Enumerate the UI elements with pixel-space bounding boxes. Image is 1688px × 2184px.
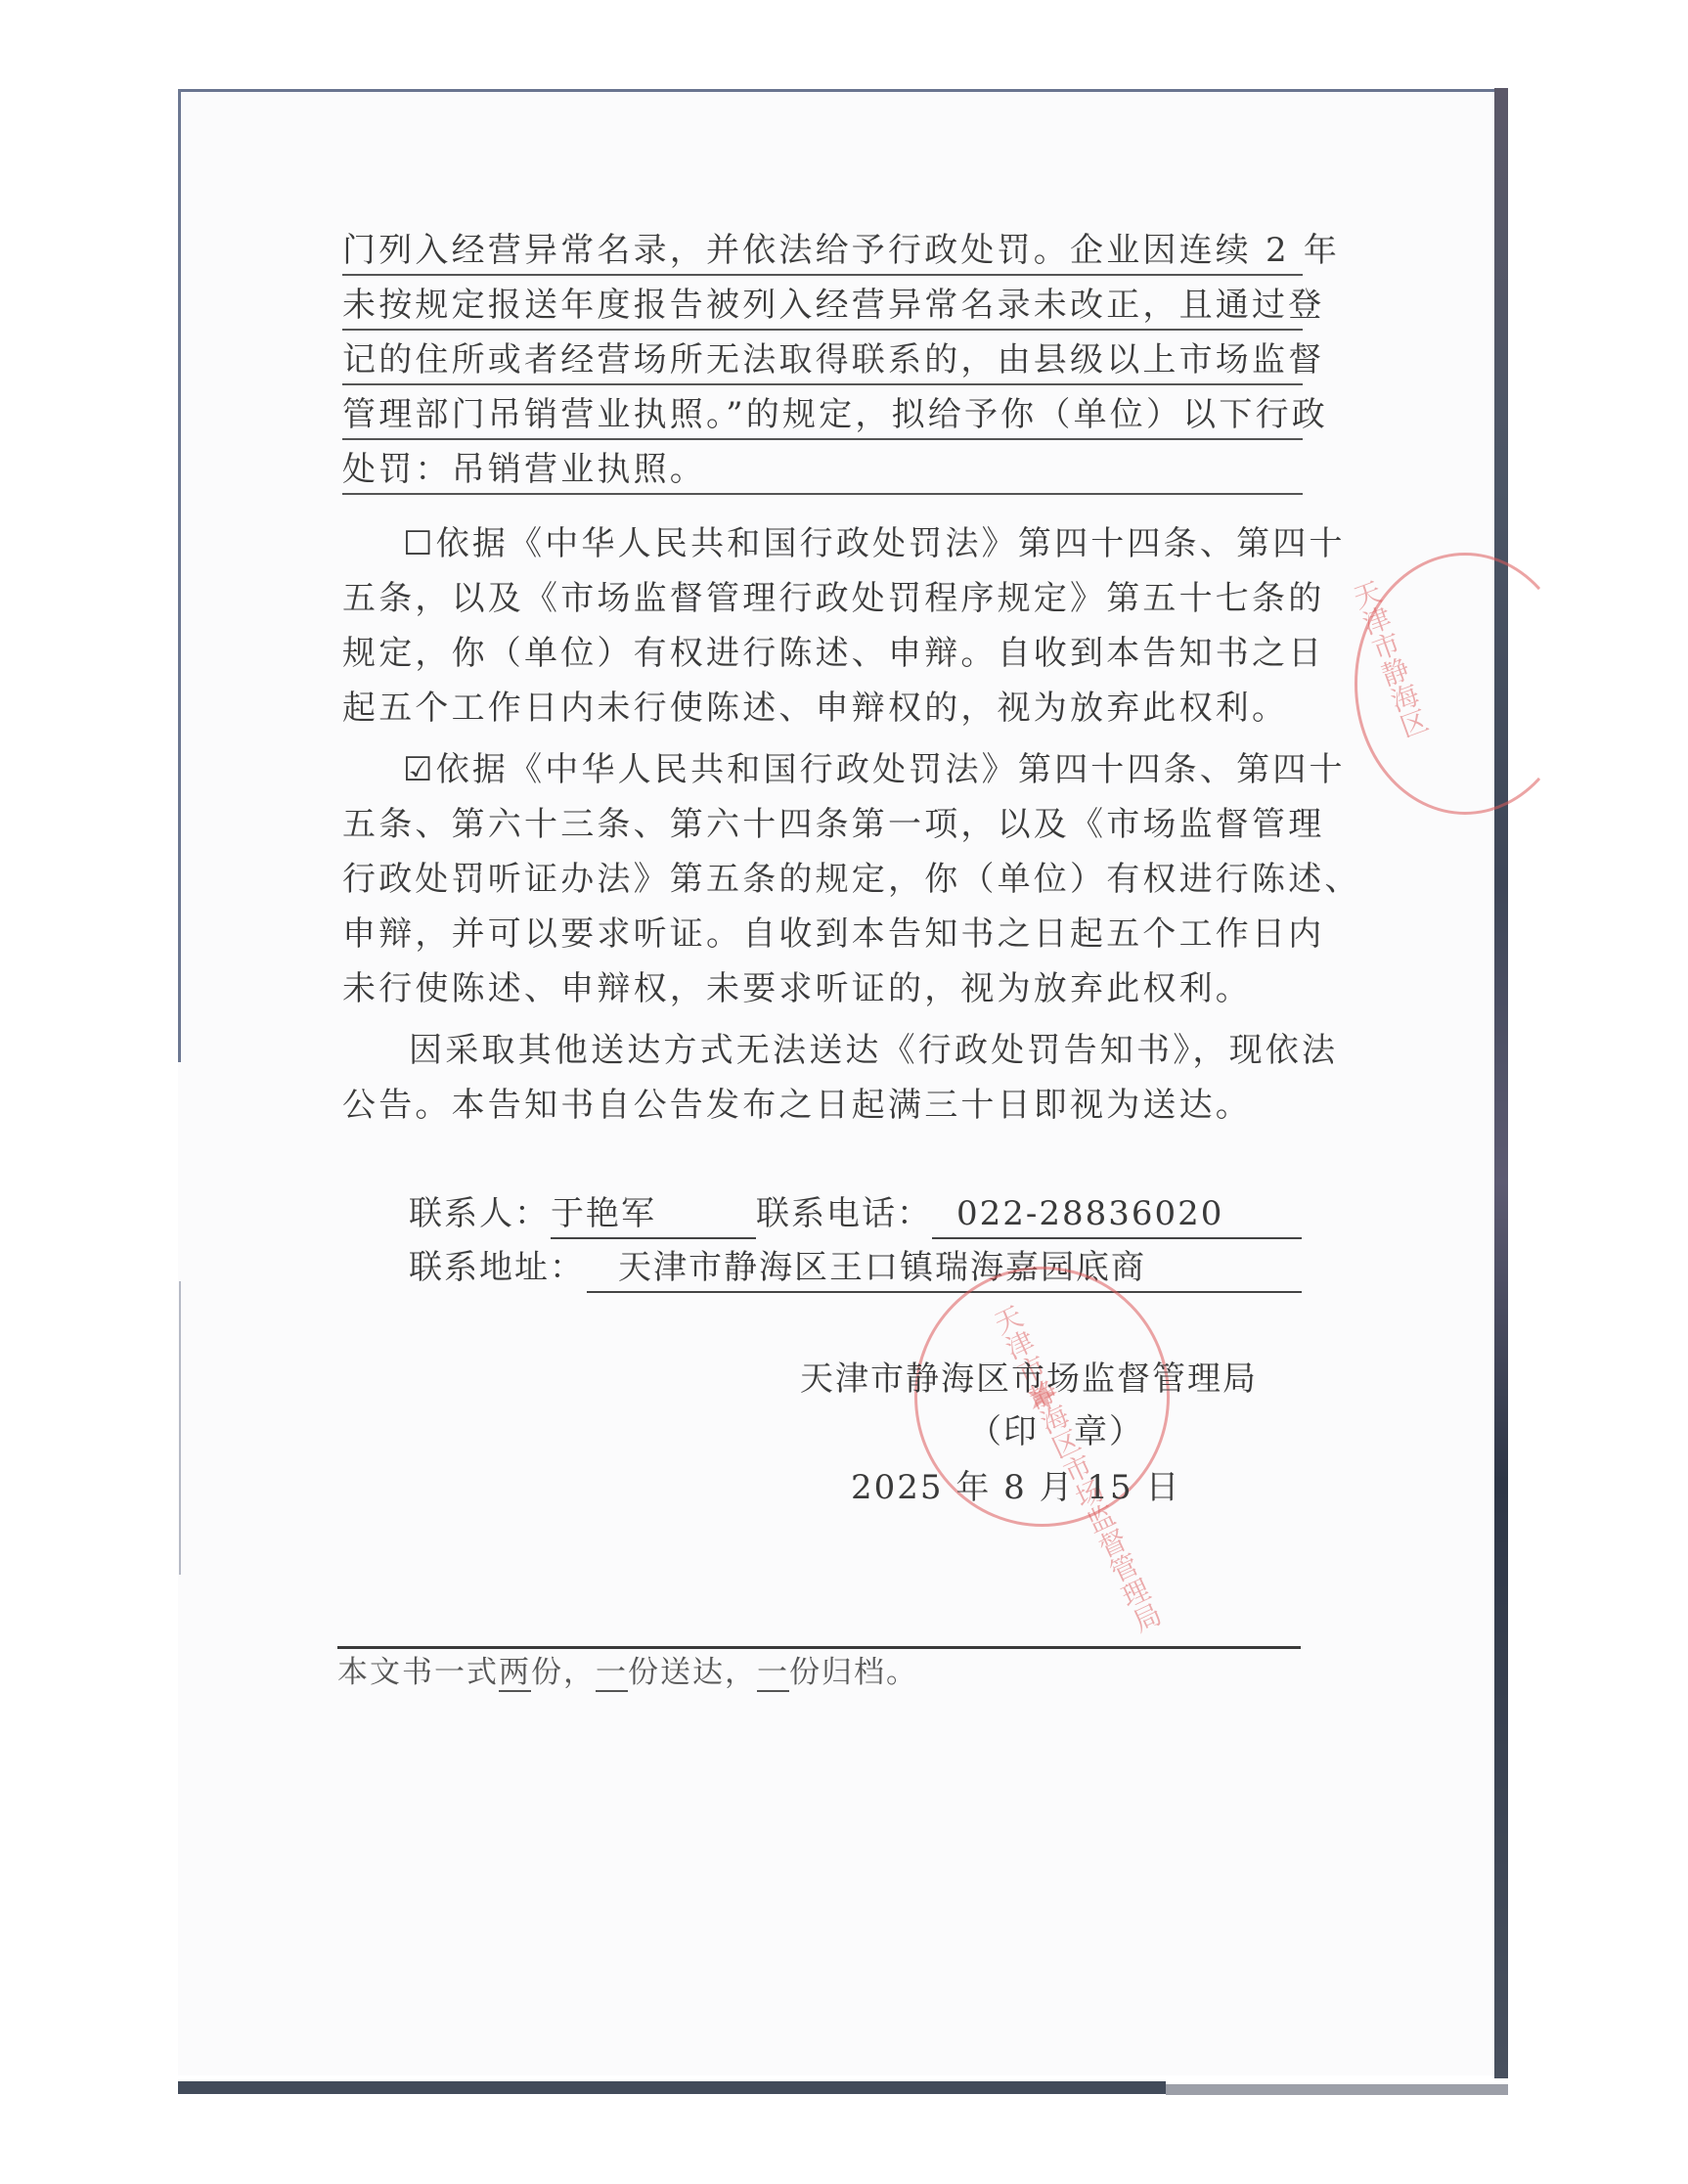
text-line: 五条，以及《市场监督管理行政处罚程序规定》第五十七条的 bbox=[342, 575, 1303, 622]
page-edge-top bbox=[178, 89, 1498, 92]
seal-note: （印 章） bbox=[968, 1408, 1144, 1455]
page-edge-left-faint bbox=[179, 1281, 181, 1575]
contact-person-label: 联系人： bbox=[409, 1190, 550, 1237]
text-line: 门列入经营异常名录，并依法给予行政处罚。企业因连续 2 年 bbox=[342, 227, 1303, 276]
text-line: 依据《中华人民共和国行政处罚法》第四十四条、第四十 bbox=[436, 524, 1346, 563]
text-line: 行政处罚听证办法》第五条的规定，你（单位）有权进行陈述、 bbox=[342, 856, 1303, 903]
checkbox-unchecked-icon: ☐ bbox=[403, 524, 436, 563]
text-line: 未行使陈述、申辩权，未要求听证的，视为放弃此权利。 bbox=[342, 965, 1303, 1012]
text-line: 管理部门吊销营业执照。”的规定，拟给予你（单位）以下行政 bbox=[342, 391, 1303, 440]
text-line: 五条、第六十三条、第六十四条第一项，以及《市场监督管理 bbox=[342, 801, 1303, 848]
contact-phone-label: 联系电话： bbox=[756, 1190, 932, 1237]
page-edge-bottom bbox=[178, 2081, 1166, 2094]
copies-sent: 一 bbox=[596, 1655, 628, 1692]
footer-divider bbox=[337, 1646, 1301, 1649]
text-line: 记的住所或者经营场所无法取得联系的，由县级以上市场监督 bbox=[342, 336, 1303, 385]
copies-archived: 一 bbox=[757, 1655, 789, 1692]
contact-address-label: 联系地址： bbox=[409, 1244, 585, 1291]
footer-copies-note: 本文书一式两份，一份送达，一份归档。 bbox=[337, 1651, 918, 1694]
option-2-first-line: ☑依据《中华人民共和国行政处罚法》第四十四条、第四十 bbox=[403, 746, 1297, 793]
text-line: 处罚：吊销营业执照。 bbox=[342, 446, 1303, 495]
contact-phone-value: 022-28836020 bbox=[932, 1190, 1302, 1239]
text-line: 公告。本告知书自公告发布之日起满三十日即视为送达。 bbox=[342, 1082, 1303, 1129]
text-line: 申辩，并可以要求听证。自收到本告知书之日起五个工作日内 bbox=[342, 911, 1303, 958]
page-edge-left bbox=[178, 89, 181, 1062]
page-edge-bottom-light bbox=[1166, 2084, 1508, 2095]
issuing-authority: 天津市静海区市场监督管理局 bbox=[800, 1356, 1258, 1403]
contact-person-value: 于艳军 bbox=[551, 1190, 756, 1239]
contact-address-value: 天津市静海区王口镇瑞海嘉园底商 bbox=[587, 1244, 1302, 1293]
text-line: 起五个工作日内未行使陈述、申辩权的，视为放弃此权利。 bbox=[342, 685, 1303, 732]
page-edge-right-shadow bbox=[1494, 88, 1508, 2078]
copies-count: 两 bbox=[499, 1655, 531, 1692]
text-line: 依据《中华人民共和国行政处罚法》第四十四条、第四十 bbox=[436, 750, 1346, 789]
checkbox-checked-icon: ☑ bbox=[403, 750, 436, 789]
option-1-first-line: ☐依据《中华人民共和国行政处罚法》第四十四条、第四十 bbox=[403, 520, 1297, 567]
text-line: 因采取其他送达方式无法送达《行政处罚告知书》，现依法 bbox=[409, 1027, 1303, 1074]
text-line: 未按规定报送年度报告被列入经营异常名录未改正，且通过登 bbox=[342, 282, 1303, 331]
issue-date: 2025 年 8 月 15 日 bbox=[851, 1464, 1180, 1511]
text-line: 规定，你（单位）有权进行陈述、申辩。自收到本告知书之日 bbox=[342, 630, 1303, 677]
